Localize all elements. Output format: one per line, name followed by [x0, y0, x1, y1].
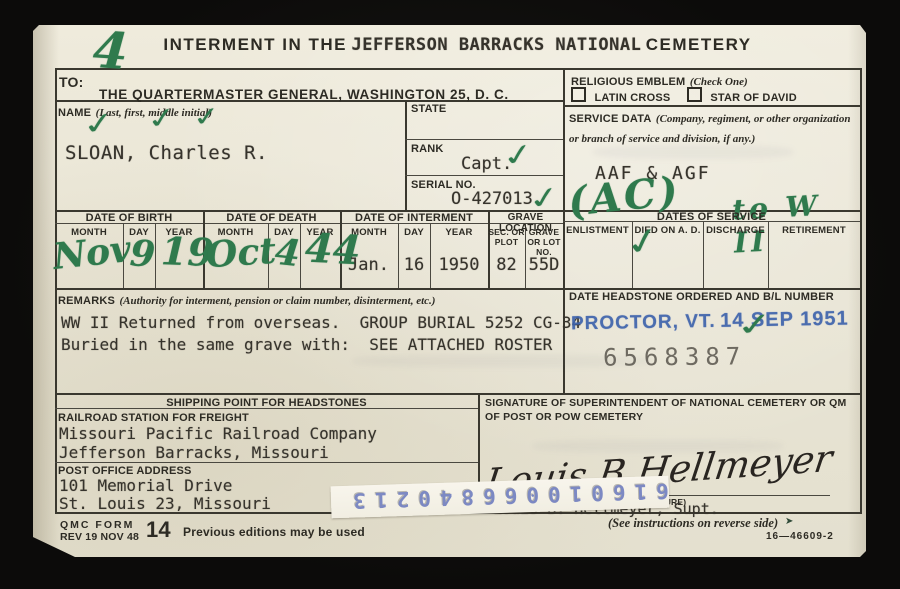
- title-prefix: INTERMENT IN THE: [163, 35, 347, 54]
- serial-number-value: O-427013: [451, 189, 533, 209]
- doi-day-label: DAY: [398, 227, 430, 238]
- grave-sec-label: SEC. OR PLOT: [488, 227, 525, 247]
- arrow-icon: ➤: [785, 516, 793, 527]
- dob-month-value: Nov: [51, 228, 133, 278]
- star-of-david-label: STAR OF DAVID: [710, 92, 797, 104]
- divider: [55, 288, 862, 290]
- dos-discharge-label: DISCHARGE: [703, 225, 768, 236]
- star-of-david-checkbox: [687, 87, 702, 102]
- post-office-line-1: 101 Memorial Drive: [59, 476, 232, 495]
- handwritten-war-annotation: to W II: [731, 187, 867, 260]
- rank-label: RANK: [411, 143, 444, 155]
- to-addressee: THE QUARTERMASTER GENERAL, WASHINGTON 25…: [99, 87, 509, 102]
- service-data-section: SERVICE DATA (Company, regiment, or othe…: [569, 108, 857, 148]
- signature-section-label: SIGNATURE OF SUPERINTENDENT OF NATIONAL …: [485, 396, 853, 424]
- railroad-line-2: Jefferson Barracks, Missouri: [59, 443, 329, 462]
- divider: [55, 68, 862, 70]
- handwritten-routing-number: 4: [91, 20, 130, 81]
- stamp-place: PROCTOR, VT.: [571, 311, 716, 335]
- checkmark-icon: ✓: [191, 100, 222, 133]
- grave-sec-value: 82: [488, 255, 525, 275]
- form-id-block: QMC FORM REV 19 NOV 48: [60, 519, 139, 543]
- bleedthrough-smudge: [353, 355, 653, 367]
- date-of-interment-header: DATE OF INTERMENT: [340, 212, 488, 224]
- previous-editions-note: Previous editions may be used: [183, 525, 365, 539]
- rank-serial-divider: [405, 175, 563, 176]
- checkmark-icon: ✓: [144, 101, 179, 136]
- doi-year-value: 1950: [430, 255, 488, 275]
- date-of-death-header: DATE OF DEATH: [203, 212, 340, 224]
- railroad-line-1: Missouri Pacific Railroad Company: [59, 424, 377, 443]
- remarks-section-label: REMARKS (Authority for interment, pensio…: [58, 291, 435, 309]
- checkmark-icon: ✓: [499, 137, 537, 175]
- latin-cross-label: LATIN CROSS: [594, 92, 670, 104]
- doi-month-value: Jan.: [348, 255, 389, 275]
- to-label: TO:: [59, 74, 83, 90]
- bleedthrough-smudge: [593, 145, 793, 159]
- latin-cross-checkbox: [571, 87, 586, 102]
- divider: [55, 393, 862, 395]
- name-state-divider: [405, 100, 407, 210]
- headstone-date-stamp: PROCTOR, VT. 14 SEP 1951: [571, 308, 849, 336]
- form-right-border: [860, 68, 862, 514]
- dos-retirement-label: RETIREMENT: [768, 225, 860, 236]
- grave-lot-value: 55D: [525, 255, 563, 275]
- remarks-label: REMARKS: [58, 295, 115, 307]
- checkmark-icon: ✓: [80, 104, 117, 142]
- checkmark-icon: ✓: [733, 305, 776, 344]
- interment-form-card: INTERMENT IN THE JEFFERSON BARRACKS NATI…: [33, 25, 866, 557]
- religious-options: LATIN CROSS STAR OF DAVID: [571, 87, 797, 106]
- form-left-border: [55, 68, 57, 514]
- bleedthrough-smudge: [533, 440, 783, 452]
- form-id-line-1: QMC FORM: [60, 519, 139, 531]
- railroad-po-divider: [55, 462, 478, 463]
- remarks-line-1: WW II Returned from overseas. GROUP BURI…: [61, 313, 581, 332]
- print-code: 16—46609-2: [766, 531, 834, 542]
- dod-month-value: Oct: [205, 230, 278, 277]
- title-typed-cemetery-name: JEFFERSON BARRACKS NATIONAL: [351, 35, 641, 55]
- dates-of-service-header: DATES OF SERVICE: [563, 211, 860, 223]
- page-title: INTERMENT IN THE JEFFERSON BARRACKS NATI…: [55, 35, 860, 55]
- upside-down-stamp-digits: 616010066840213: [337, 479, 670, 513]
- state-label: STATE: [411, 103, 446, 115]
- scanned-document-background: { "form": { "title": { "prefix": "INTERM…: [0, 0, 900, 589]
- decedent-name-value: SLOAN, Charles R.: [65, 142, 268, 164]
- remarks-line-2: Buried in the same grave with: SEE ATTAC…: [61, 335, 552, 354]
- doi-year-label: YEAR: [430, 227, 488, 238]
- form-number: 14: [146, 517, 171, 543]
- grave-lot-label: GRAVE OR LOT NO.: [525, 227, 563, 258]
- dod-day-value: 4: [273, 231, 302, 275]
- service-data-label: SERVICE DATA: [569, 113, 651, 125]
- title-suffix: CEMETERY: [646, 35, 752, 54]
- state-rank-divider: [405, 139, 563, 140]
- railroad-label: RAILROAD STATION FOR FREIGHT: [58, 412, 249, 424]
- remarks-note: (Authority for interment, pension or cla…: [119, 295, 435, 307]
- headstone-label: DATE HEADSTONE ORDERED AND B/L NUMBER: [569, 291, 834, 303]
- post-office-line-2: St. Louis 23, Missouri: [59, 494, 271, 513]
- dob-day-value: 9: [129, 232, 157, 276]
- shipping-header: SHIPPING POINT FOR HEADSTONES: [55, 397, 478, 409]
- reverse-side-instructions: (See instructions on reverse side): [608, 516, 778, 531]
- form-id-line-2: REV 19 NOV 48: [60, 531, 139, 543]
- doi-day-value: 16: [398, 255, 430, 275]
- date-of-birth-header: DATE OF BIRTH: [55, 212, 203, 224]
